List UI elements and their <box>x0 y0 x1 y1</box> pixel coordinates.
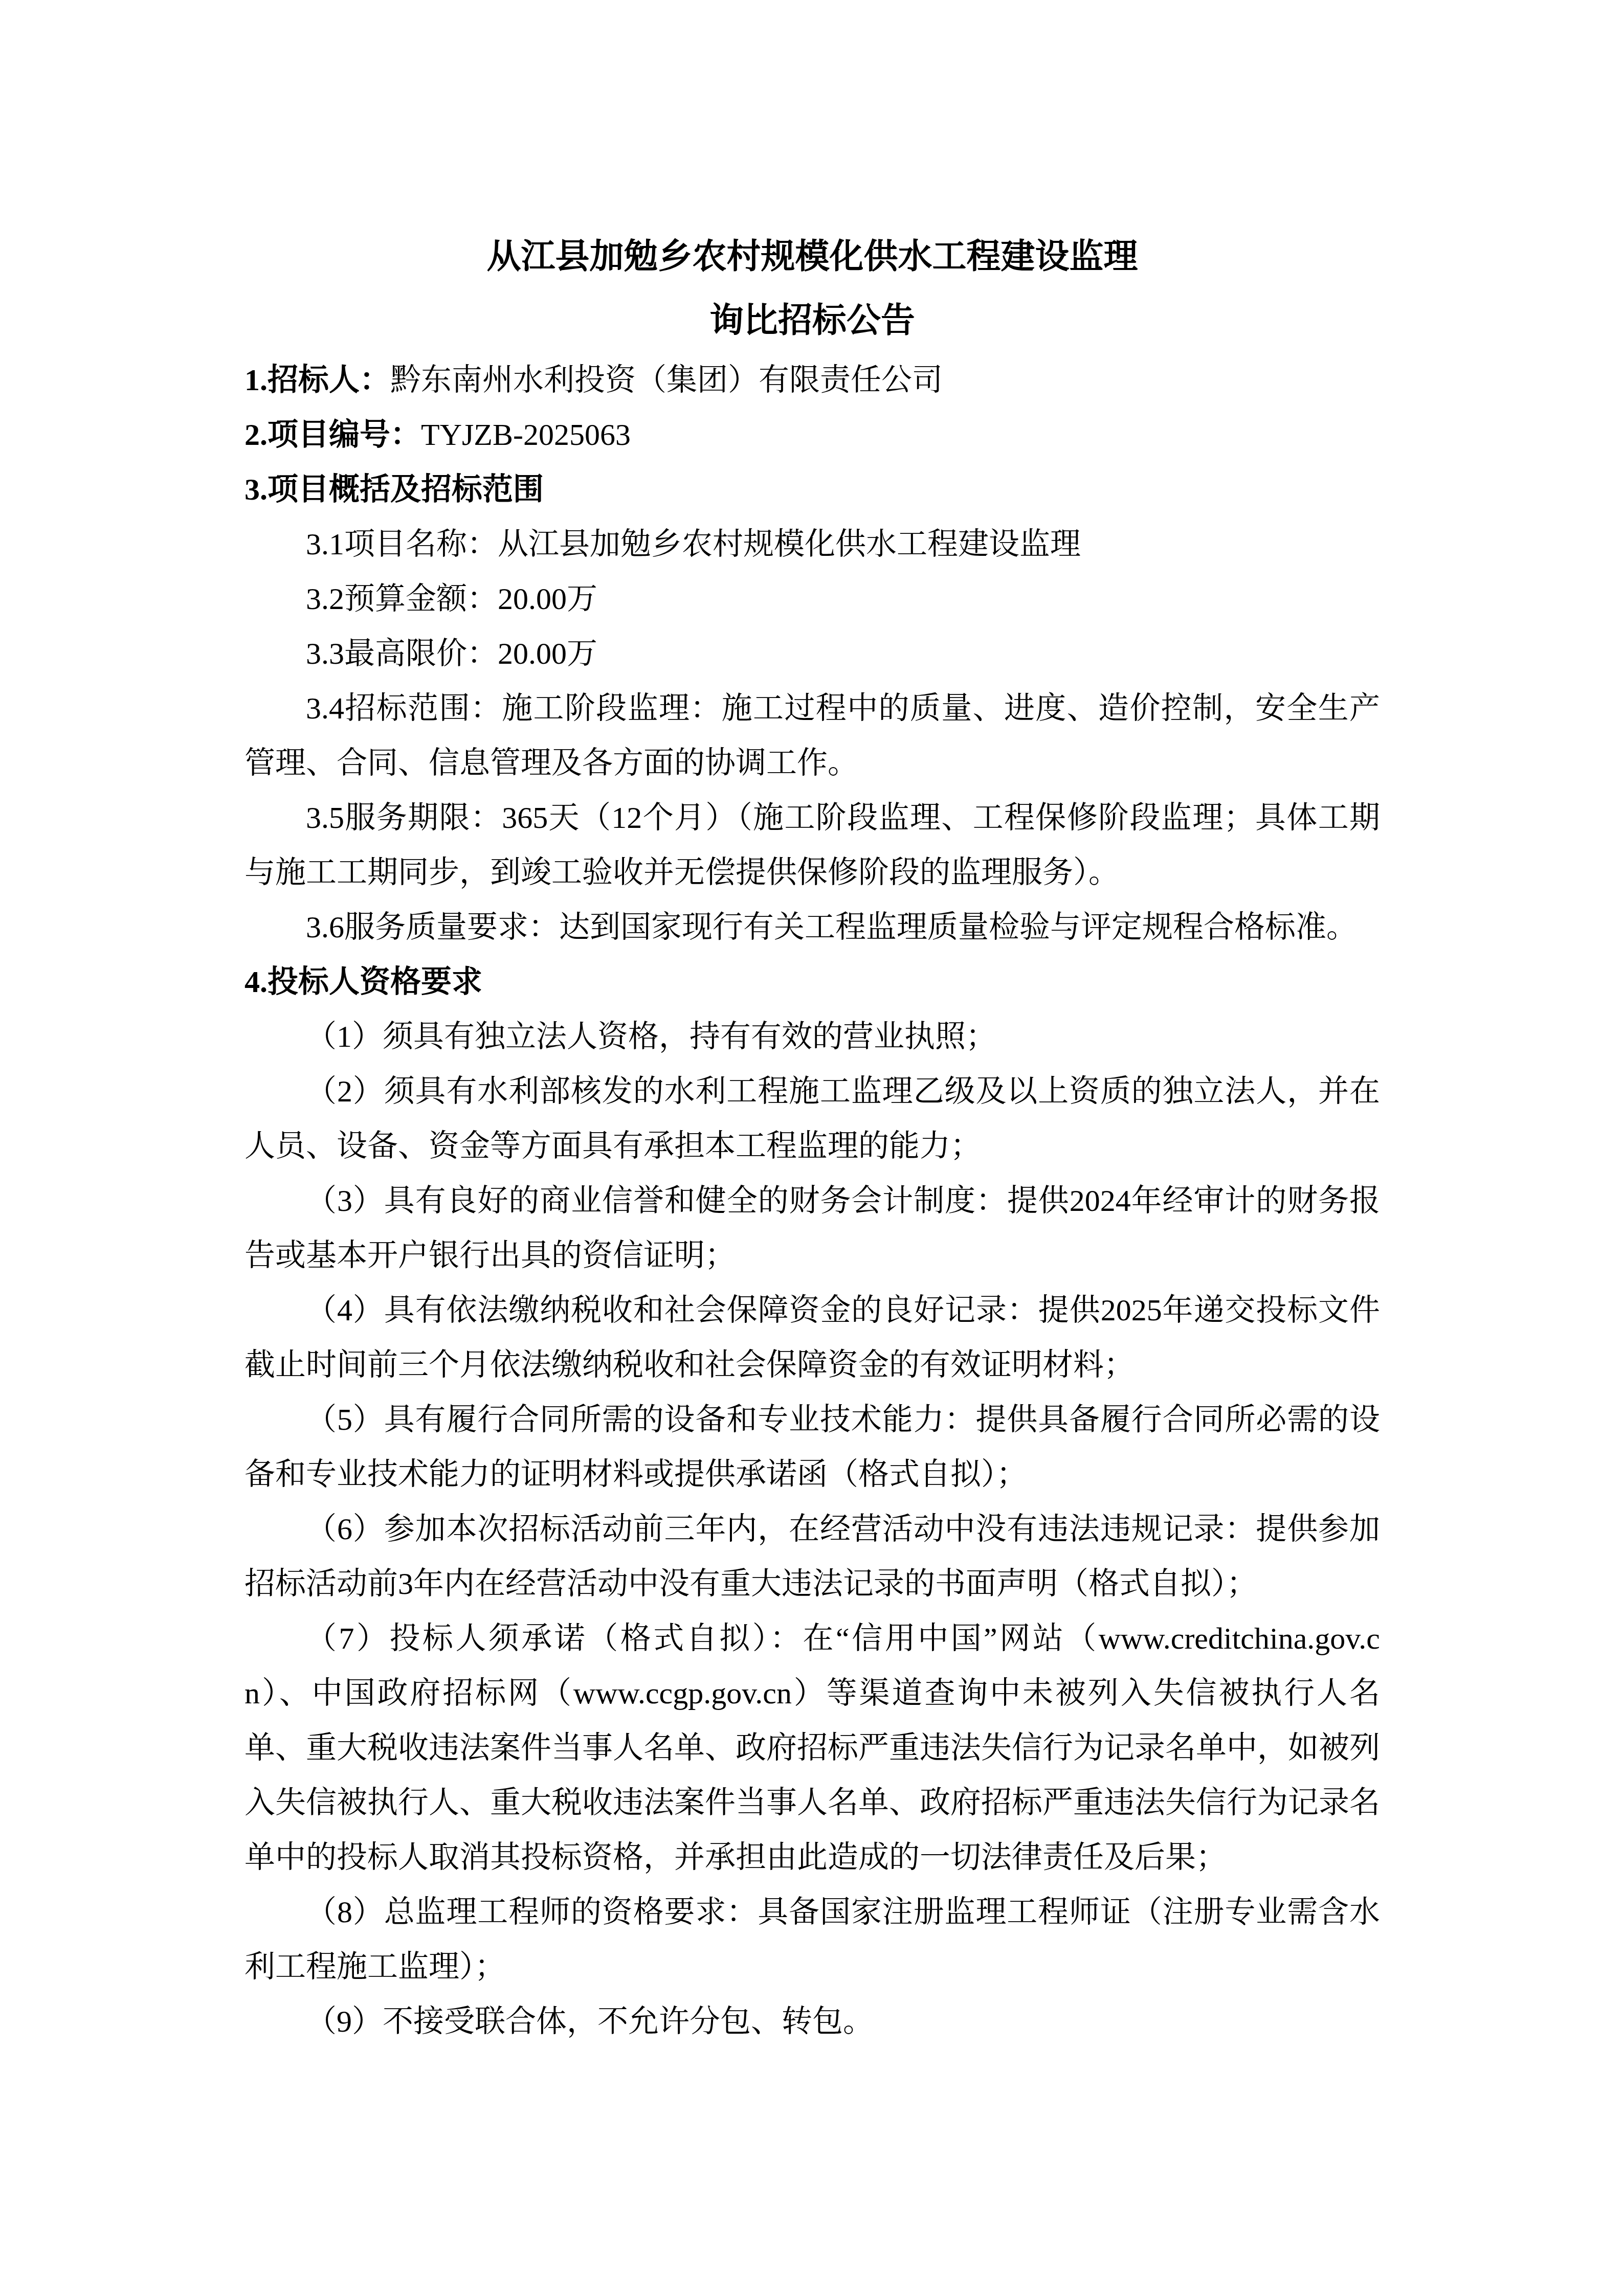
tenderer-line: 1.招标人：黔东南州水利投资（集团）有限责任公司 <box>244 353 1380 408</box>
section-3-heading: 3.项目概括及招标范围 <box>244 462 1380 517</box>
requirement-7: （7）投标人须承诺（格式自拟）：在“信用中国”网站（www.creditchin… <box>244 1611 1380 1885</box>
section-4-heading: 4.投标人资格要求 <box>244 955 1380 1009</box>
paragraph-3-5: 3.5服务期限：365天（12个月）（施工阶段监理、工程保修阶段监理；具体工期与… <box>244 791 1380 900</box>
requirement-9: （9）不接受联合体，不允许分包、转包。 <box>244 1994 1380 2049</box>
tenderer-value: 黔东南州水利投资（集团）有限责任公司 <box>390 363 943 397</box>
paragraph-3-2: 3.2预算金额：20.00万 <box>244 572 1380 626</box>
document-content: 从江县加勉乡农村规模化供水工程建设监理 询比招标公告 1.招标人：黔东南州水利投… <box>244 225 1380 2049</box>
page-subtitle: 询比招标公告 <box>244 289 1380 353</box>
requirement-5: （5）具有履行合同所需的设备和专业技术能力：提供具备履行合同所必需的设备和专业技… <box>244 1392 1380 1502</box>
requirement-4: （4）具有依法缴纳税收和社会保障资金的良好记录：提供2025年递交投标文件截止时… <box>244 1283 1380 1392</box>
project-number-label: 2.项目编号： <box>244 418 421 452</box>
project-number-line: 2.项目编号：TYJZB-2025063 <box>244 408 1380 462</box>
paragraph-3-3: 3.3最高限价：20.00万 <box>244 626 1380 681</box>
page-title: 从江县加勉乡农村规模化供水工程建设监理 <box>244 225 1380 289</box>
requirement-6: （6）参加本次招标活动前三年内，在经营活动中没有违法违规记录：提供参加招标活动前… <box>244 1502 1380 1611</box>
requirement-3: （3）具有良好的商业信誉和健全的财务会计制度：提供2024年经审计的财务报告或基… <box>244 1174 1380 1283</box>
tenderer-label: 1.招标人： <box>244 363 390 397</box>
paragraph-3-4: 3.4招标范围：施工阶段监理：施工过程中的质量、进度、造价控制，安全生产管理、合… <box>244 681 1380 791</box>
document-page: { "document": { "title": "从江县加勉乡农村规模化供水工… <box>0 0 1624 2296</box>
paragraph-3-6: 3.6服务质量要求：达到国家现行有关工程监理质量检验与评定规程合格标准。 <box>244 900 1380 955</box>
requirement-8: （8）总监理工程师的资格要求：具备国家注册监理工程师证（注册专业需含水利工程施工… <box>244 1885 1380 1994</box>
requirement-1: （1）须具有独立法人资格，持有有效的营业执照； <box>244 1009 1380 1064</box>
project-number-value: TYJZB-2025063 <box>421 418 631 452</box>
requirement-2: （2）须具有水利部核发的水利工程施工监理乙级及以上资质的独立法人，并在人员、设备… <box>244 1064 1380 1174</box>
paragraph-3-1: 3.1项目名称：从江县加勉乡农村规模化供水工程建设监理 <box>244 517 1380 572</box>
